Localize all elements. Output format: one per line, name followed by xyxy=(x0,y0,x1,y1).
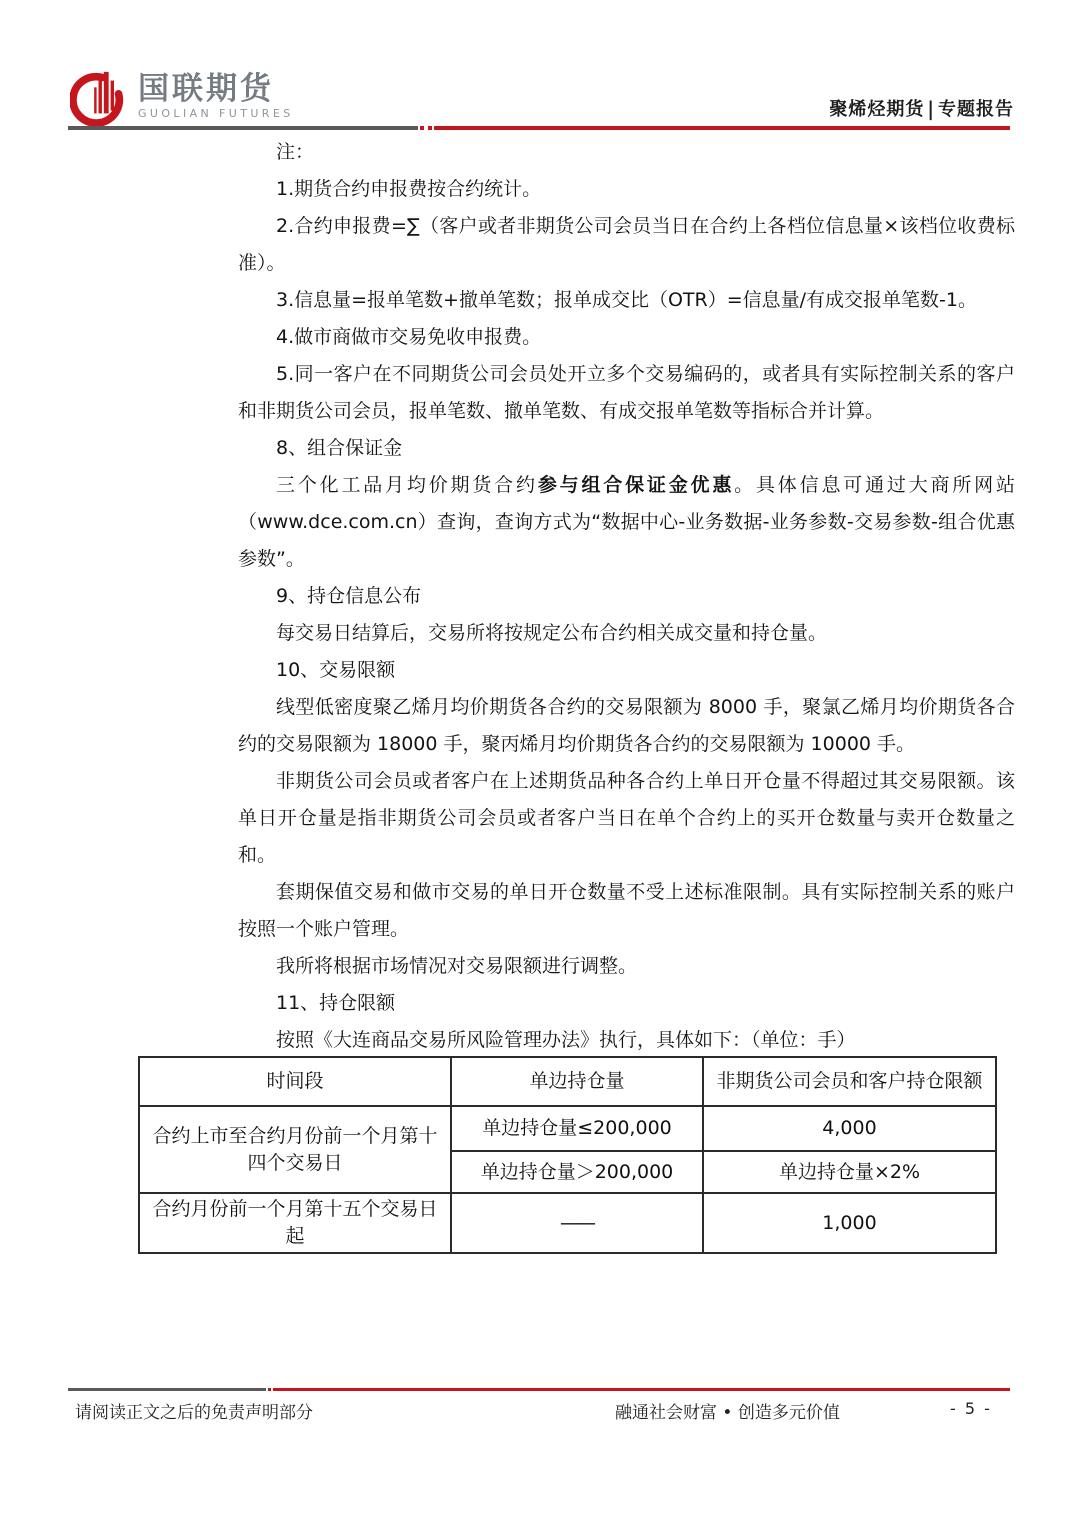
cell-limit-1000: 1,000 xyxy=(703,1193,996,1253)
cell-limit-2pct: 单边持仓量×2% xyxy=(703,1151,996,1193)
paragraph-text: 1.期货合约申报费按合约统计。 xyxy=(276,178,541,200)
brand-name-en: GUOLIAN FUTURES xyxy=(138,107,294,120)
body-paragraph: 8、组合保证金 xyxy=(238,430,1015,467)
paragraph-text: 2.合约申报费=∑（客户或者非期货公司会员当日在合约上各档位信息量×该档位收费标… xyxy=(238,215,1015,274)
brand-name-cn: 国联期货 xyxy=(138,74,294,104)
report-title: 聚烯烃期货|专题报告 xyxy=(829,95,1014,121)
paragraph-text: 非期货公司会员或者客户在上述期货品种各合约上单日开仓量不得超过其交易限额。该单日… xyxy=(238,770,1015,866)
table-header-row: 时间段 单边持仓量 非期货公司会员和客户持仓限额 xyxy=(139,1057,996,1106)
title-separator: | xyxy=(927,98,935,121)
paragraph-text: 注： xyxy=(276,141,314,163)
rule-gray-segment xyxy=(68,126,418,130)
table-row: 合约月份前一个月第十五个交易日起 —— 1,000 xyxy=(139,1193,996,1253)
body-paragraph: 注： xyxy=(238,134,1015,171)
cell-period-from-15th: 合约月份前一个月第十五个交易日起 xyxy=(139,1193,451,1253)
paragraph-text: 套期保值交易和做市交易的单日开仓数量不受上述标准限制。具有实际控制关系的账户按照… xyxy=(238,881,1015,940)
footer-slogan: 融通社会财富 • 创造多元价值 xyxy=(615,1398,840,1423)
body-paragraph: 4.做市商做市交易免收申报费。 xyxy=(238,319,1015,356)
body-paragraph: 按照《大连商品交易所风险管理办法》执行，具体如下：（单位：手） xyxy=(238,1022,1015,1059)
body-text: 注：1.期货合约申报费按合约统计。2.合约申报费=∑（客户或者非期货公司会员当日… xyxy=(238,134,1015,1059)
rule-dot xyxy=(268,1388,271,1391)
paragraph-text: 9、持仓信息公布 xyxy=(276,585,421,607)
report-category-label: 聚烯烃期货 xyxy=(829,99,924,120)
col-header-time-period: 时间段 xyxy=(139,1057,451,1106)
logo-text: 国联期货 GUOLIAN FUTURES xyxy=(138,74,294,120)
rule-dot xyxy=(420,126,424,130)
cell-qty-dash: —— xyxy=(451,1193,703,1253)
body-paragraph: 11、持仓限额 xyxy=(238,985,1015,1022)
paragraph-text: 8、组合保证金 xyxy=(276,437,402,459)
col-header-position-limit: 非期货公司会员和客户持仓限额 xyxy=(703,1057,996,1106)
guolian-logo-icon xyxy=(70,68,128,126)
page-number: - 5 - xyxy=(950,1399,992,1418)
body-paragraph: 10、交易限额 xyxy=(238,652,1015,689)
paragraph-text: 我所将根据市场情况对交易限额进行调整。 xyxy=(276,955,637,977)
report-type-label: 专题报告 xyxy=(938,99,1014,120)
body-paragraph: 线型低密度聚乙烯月均价期货各合约的交易限额为 8000 手，聚氯乙烯月均价期货各… xyxy=(238,689,1015,763)
paragraph-text: 10、交易限额 xyxy=(276,659,395,681)
page: 国联期货 GUOLIAN FUTURES 聚烯烃期货|专题报告 注：1.期货合约… xyxy=(0,0,1080,1527)
cell-period-listing-to-14th: 合约上市至合约月份前一个月第十四个交易日 xyxy=(139,1106,451,1193)
paragraph-text: 按照《大连商品交易所风险管理办法》执行，具体如下：（单位：手） xyxy=(276,1029,856,1051)
paragraph-text: 4.做市商做市交易免收申报费。 xyxy=(276,326,541,348)
body-paragraph: 三个化工品月均价期货合约参与组合保证金优惠。具体信息可通过大商所网站（www.d… xyxy=(238,467,1015,578)
logo: 国联期货 GUOLIAN FUTURES xyxy=(70,68,294,126)
table-row: 合约上市至合约月份前一个月第十四个交易日 单边持仓量≤200,000 4,000 xyxy=(139,1106,996,1151)
position-limit-table: 时间段 单边持仓量 非期货公司会员和客户持仓限额 合约上市至合约月份前一个月第十… xyxy=(138,1056,997,1254)
cell-limit-4000: 4,000 xyxy=(703,1106,996,1151)
body-paragraph: 套期保值交易和做市交易的单日开仓数量不受上述标准限制。具有实际控制关系的账户按照… xyxy=(238,874,1015,948)
footer-rule xyxy=(68,1388,1010,1391)
header-rule xyxy=(68,126,1010,130)
rule-red-segment xyxy=(434,126,1010,130)
rule-gray-segment xyxy=(68,1388,266,1391)
cell-qty-gt-200000: 单边持仓量＞200,000 xyxy=(451,1151,703,1193)
body-paragraph: 3.信息量=报单笔数+撤单笔数；报单成交比（OTR）=信息量/有成交报单笔数-1… xyxy=(238,282,1015,319)
rule-dot xyxy=(428,126,432,130)
body-paragraph: 每交易日结算后，交易所将按规定公布合约相关成交量和持仓量。 xyxy=(238,615,1015,652)
body-paragraph: 5.同一客户在不同期货公司会员处开立多个交易编码的，或者具有实际控制关系的客户和… xyxy=(238,356,1015,430)
paragraph-text: 三个化工品月均价期货合约 xyxy=(276,474,538,496)
col-header-unilateral-position: 单边持仓量 xyxy=(451,1057,703,1106)
body-paragraph: 1.期货合约申报费按合约统计。 xyxy=(238,171,1015,208)
paragraph-text: 5.同一客户在不同期货公司会员处开立多个交易编码的，或者具有实际控制关系的客户和… xyxy=(238,363,1015,422)
body-paragraph: 我所将根据市场情况对交易限额进行调整。 xyxy=(238,948,1015,985)
rule-red-segment xyxy=(273,1388,1010,1391)
body-paragraph: 2.合约申报费=∑（客户或者非期货公司会员当日在合约上各档位信息量×该档位收费标… xyxy=(238,208,1015,282)
paragraph-text: 线型低密度聚乙烯月均价期货各合约的交易限额为 8000 手，聚氯乙烯月均价期货各… xyxy=(238,696,1015,755)
paragraph-text: 3.信息量=报单笔数+撤单笔数；报单成交比（OTR）=信息量/有成交报单笔数-1… xyxy=(276,289,977,311)
paragraph-text: 11、持仓限额 xyxy=(276,992,395,1014)
paragraph-text: 每交易日结算后，交易所将按规定公布合约相关成交量和持仓量。 xyxy=(276,622,827,644)
cell-qty-le-200000: 单边持仓量≤200,000 xyxy=(451,1106,703,1151)
footer-disclaimer: 请阅读正文之后的免责声明部分 xyxy=(75,1398,313,1423)
body-paragraph: 非期货公司会员或者客户在上述期货品种各合约上单日开仓量不得超过其交易限额。该单日… xyxy=(238,763,1015,874)
body-paragraph: 9、持仓信息公布 xyxy=(238,578,1015,615)
bold-emphasis-text: 参与组合保证金优惠 xyxy=(538,474,734,496)
